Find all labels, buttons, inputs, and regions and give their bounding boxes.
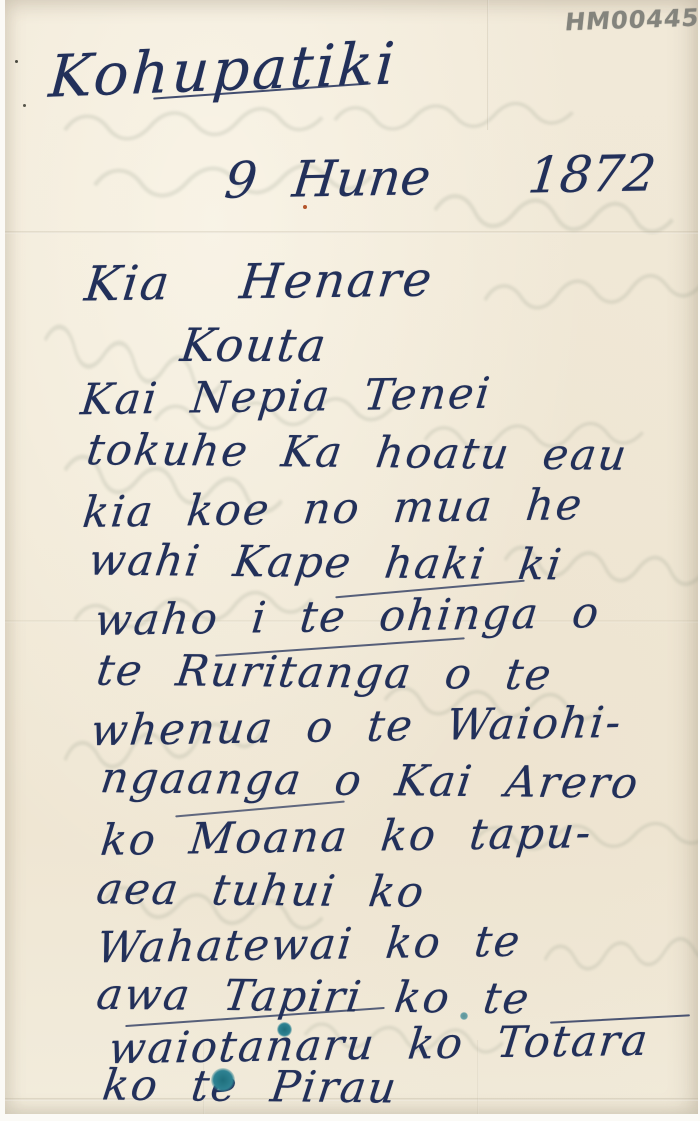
date-month: Hune <box>290 148 434 209</box>
ink-blot <box>277 1022 292 1037</box>
paper-speck <box>15 60 18 63</box>
fold-crease-horizontal-upper <box>5 231 698 234</box>
ink-blot <box>460 1012 468 1020</box>
body-line: te Ruritanga o te <box>94 646 556 701</box>
body-line: kia koe no mua he <box>80 480 586 538</box>
salutation-line: Kouta <box>178 318 331 372</box>
body-line: ko Moana ko tapu- <box>98 808 595 866</box>
body-line: ngaanga o Kai Arero <box>98 753 643 809</box>
catalog-number: HM00445 <box>564 4 700 37</box>
date-line: 9 Hune 1872 <box>222 144 659 210</box>
fold-crease-vertical-top <box>487 0 489 130</box>
place-name: Kohupatiki <box>47 29 400 111</box>
salutation-line: Kia Henare <box>82 252 436 313</box>
ink-blot <box>211 1068 235 1092</box>
date-year: 1872 <box>525 144 658 204</box>
body-line: ko te Pirau <box>100 1060 401 1113</box>
body-line: Wahatewai ko te <box>94 917 524 974</box>
paper-speck <box>303 205 307 209</box>
body-line: aea tuhui ko <box>94 864 429 917</box>
body-line: whenua o te Waiohi- <box>88 698 625 756</box>
body-line: Kai Nepia Tenei <box>78 369 494 426</box>
date-spacer <box>427 146 531 206</box>
paper-speck <box>23 104 26 107</box>
letter-page: HM00445 Kohupatiki 9 Hune 1872 Kia Henar… <box>5 0 698 1114</box>
body-line: tokuhe Ka hoatu eau <box>84 425 631 481</box>
